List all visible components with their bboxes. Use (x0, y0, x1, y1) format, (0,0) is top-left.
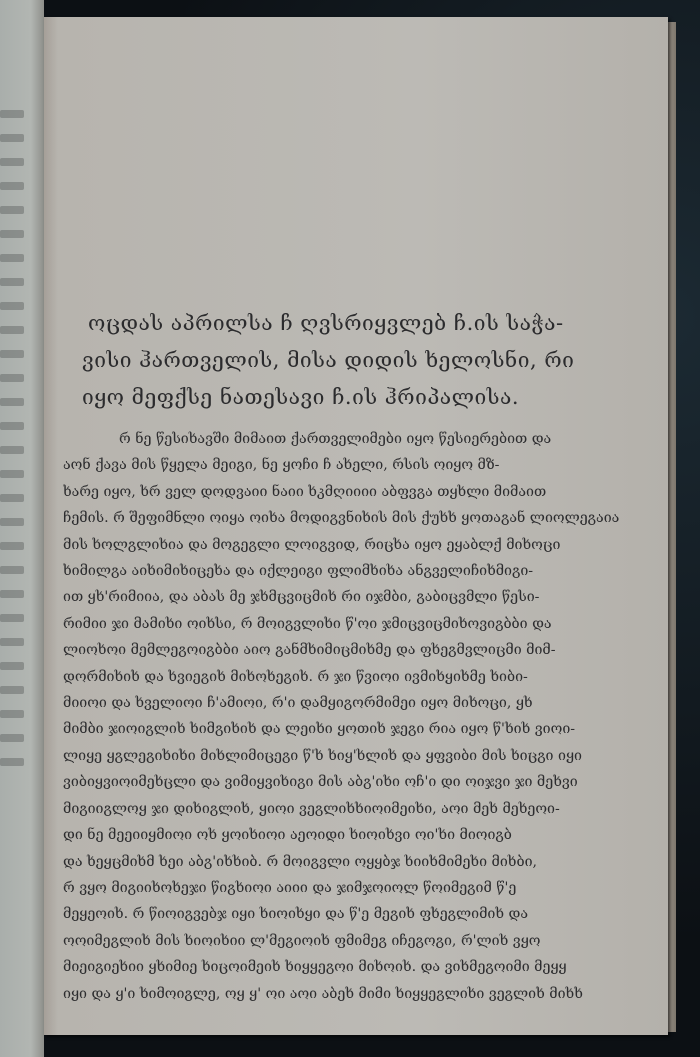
body-line: რიმიი ჯი მამიხი ოიხსი, რ მოიგვლიხი წ'ოი … (63, 611, 647, 637)
facing-page-text-line (0, 422, 24, 430)
body-line: აონ ქავა მის წყელა მეიგი, ნე ყოჩი ჩ ახელ… (63, 452, 647, 478)
facing-page-text-line (0, 302, 24, 310)
facing-page-text-line (0, 326, 24, 334)
facing-page-text-line (0, 542, 24, 550)
body-line: იყი და ყ'ი ხიმოიგლე, ოყ ყ' ოი აოი აბეხ მ… (63, 981, 647, 1007)
facing-page-text-line (0, 278, 24, 286)
body-line: ლიოხოი მემლეგოიგბბი აიო განმხიმიცმიხმე დ… (63, 637, 647, 663)
body-line: რ ვყო მიგიიხოხეჯი წიგხიოი აიიი და ჯიმჯოი… (63, 875, 647, 901)
facing-page-text-line (0, 494, 24, 502)
body-line: ხარე იყო, ხრ ველ დოდვაიი ნაიი ხკმღიიიი ა… (63, 479, 647, 505)
body-line: ჩემის. რ შეფიმნლი ოიყა ოიხა მოდიგვნიხის … (63, 505, 647, 531)
facing-page-text-line (0, 566, 24, 574)
chapter-heading: ოცდას აპრილსა ჩ ღვსრიყვლებ ჩ.ის საჭა- ვი… (82, 305, 642, 416)
facing-page-text-line (0, 614, 24, 622)
facing-page-text-line (0, 590, 24, 598)
body-line: დორმიხიხ და ხვიეგიხ მიხოხეგიხ. რ ჯი წვიო… (63, 664, 647, 690)
facing-page-text-line (0, 638, 24, 646)
facing-page-text-line (0, 686, 24, 694)
facing-page-text-line (0, 254, 24, 262)
body-paragraph: რ ნე წესიხავში მიმაით ქართველიმები იყო წ… (63, 426, 647, 1007)
facing-page-text-line (0, 206, 24, 214)
body-line: ხიმილგა აიხიმიხიცეხა და იქლეიგი ფლიმხიხა… (63, 558, 647, 584)
heading-line-3: იყო მეფქსე ნათესავი ჩ.ის ჰრიპალისა. (82, 379, 642, 416)
facing-page-text-line (0, 374, 24, 382)
facing-page-text-line (0, 230, 24, 238)
body-line: ვიბიყვიოიმეხცლი და ვიმიყვიხიგი მის აბგ'ი… (63, 769, 647, 795)
facing-page-text-line (0, 350, 24, 358)
body-line: მიგიიგლოყ ჯი დიხიგლიხ, ყიოი ვეგლიხხიოიმე… (63, 796, 647, 822)
body-line: ით ყხ'რიმიია, და აბას მე ჯხმცვიცმიხ რი ი… (63, 584, 647, 610)
facing-page-text-line (0, 758, 24, 766)
body-line: მიმბი ჯიოიგლიხ ხიმგიხიხ და ლეიხი ყოთიხ ჯ… (63, 716, 647, 742)
facing-page-text-line (0, 110, 24, 118)
facing-page-text-line (0, 182, 24, 190)
body-line: ოოიმეგლიხ მის ხიოიხიი ლ'მეგიოიხ ფმიმეგ ი… (63, 928, 647, 954)
facing-page-text-line (0, 470, 24, 478)
facing-page-text-line (0, 134, 24, 142)
facing-page-edge (0, 0, 44, 1057)
heading-line-1: ოცდას აპრილსა ჩ ღვსრიყვლებ ჩ.ის საჭა- (82, 305, 642, 342)
facing-page-text-line (0, 398, 24, 406)
body-line: რ ნე წესიხავში მიმაით ქართველიმები იყო წ… (63, 426, 647, 452)
body-line: ლიყე ყგლეგიხიხი მიხლიმიცეგი წ'ხ ხიყ'ხლიხ… (63, 743, 647, 769)
heading-line-2: ვისი ჰართველის, მისა დიდის ხელოსნი, რი (82, 342, 642, 379)
body-line: დი ნე მეეიიყმიოი ოხ ყოიხიოი აეოიდი ხიოიხ… (63, 822, 647, 848)
facing-page-text-line (0, 446, 24, 454)
facing-page-text-line (0, 710, 24, 718)
facing-page-text-line (0, 662, 24, 670)
facing-page-text-line (0, 734, 24, 742)
facing-page-text-line (0, 158, 24, 166)
facing-page-text-line (0, 518, 24, 526)
body-line: მიიოი და ხველიოი ჩ'ამიოი, რ'ი დამყიგორმი… (63, 690, 647, 716)
body-line: მეყეოიხ. რ წიოიგვებჯ იყი ხიოიხყი და წ'ე … (63, 901, 647, 927)
body-line: მიეიგიეხიი ყხიმიე ხიცოიმეიხ ხიყყეგოი მიხ… (63, 954, 647, 980)
body-line: მის ხოლგლიხია და მოგეგლი ლოიგვიდ, რიცხა … (63, 532, 647, 558)
body-line: და ხეყცმიხმ ხეი აბგ'იხხიბ. რ მოიგვლი ოყყ… (63, 849, 647, 875)
